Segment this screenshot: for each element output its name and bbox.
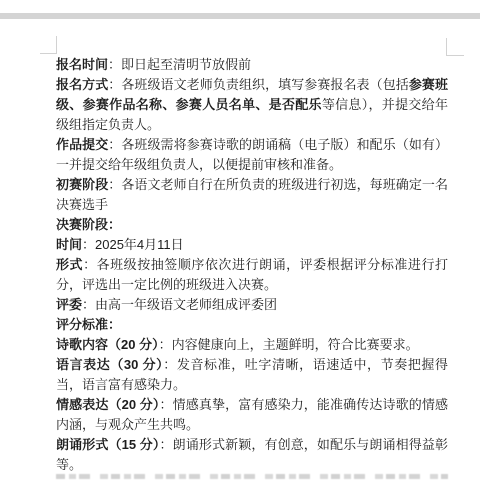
bold-run: 报名时间 <box>56 57 108 72</box>
paragraph: 形式：各班级按抽签顺序依次进行朗诵，评委根据评分标准进行打分，评选出一定比例的班… <box>56 255 448 295</box>
text-run: ：即日起至清明节放假前 <box>108 57 251 72</box>
margin-crop-mark-top-left <box>40 36 57 54</box>
text-run: ：各班级语文老师负责组织，填写参赛报名表（包括 <box>108 77 409 92</box>
bold-run: 报名方式 <box>56 77 108 92</box>
paragraph: 作品提交：各班级需将参赛诗歌的朗诵稿（电子版）和配乐（如有）一并提交给年级组负责… <box>56 135 448 175</box>
paragraph: 情感表达（20 分）：情感真挚，富有感染力，能准确传达诗歌的情感内涵，与观众产生… <box>56 395 448 435</box>
text-run: ：各语文老师自行在所负责的班级进行初选，每班确定一名决赛选手 <box>56 177 448 212</box>
page-separator-bar <box>0 13 480 19</box>
bold-run: 形式 <box>56 257 83 272</box>
bold-run: 语言表达（30 分） <box>56 357 163 372</box>
text-run: ：各班级需将参赛诗歌的朗诵稿（电子版）和配乐（如有）一并提交给年级组负责人，以便… <box>56 137 448 172</box>
bold-run: 时间 <box>56 237 82 252</box>
bold-run: 朗诵形式（15 分） <box>56 437 160 452</box>
paragraph: 诗歌内容（20 分）：内容健康向上，主题鲜明，符合比赛要求。 <box>56 335 448 355</box>
bold-run: 情感表达（20 分） <box>56 397 160 412</box>
text-run: ：内容健康向上，主题鲜明，符合比赛要求。 <box>159 337 419 352</box>
text-run: ：各班级按抽签顺序依次进行朗诵，评委根据评分标准进行打分，评选出一定比例的班级进… <box>56 257 448 292</box>
paragraph: 朗诵形式（15 分）：朗诵形式新颖，有创意，如配乐与朗诵相得益彰等。 <box>56 435 448 475</box>
bold-run: 诗歌内容（20 分） <box>56 337 159 352</box>
bold-run: 初赛阶段 <box>56 177 108 192</box>
cropped-text-line <box>56 474 448 479</box>
paragraph: 报名时间：即日起至清明节放假前 <box>56 55 448 75</box>
margin-crop-mark-top-right <box>446 38 464 56</box>
text-run: ：由高一年级语文老师组成评委团 <box>82 297 277 312</box>
screenshot-root: 报名时间：即日起至清明节放假前报名方式：各班级语文老师负责组织，填写参赛报名表（… <box>0 0 480 480</box>
paragraph: 时间：2025年4月11日 <box>56 235 448 255</box>
paragraph: 评委：由高一年级语文老师组成评委团 <box>56 295 448 315</box>
paragraph: 初赛阶段：各语文老师自行在所负责的班级进行初选，每班确定一名决赛选手 <box>56 175 448 215</box>
bold-run: 评委 <box>56 297 82 312</box>
bold-run: 评分标准： <box>56 317 121 332</box>
bold-run: 决赛阶段： <box>56 217 121 232</box>
document-body[interactable]: 报名时间：即日起至清明节放假前报名方式：各班级语文老师负责组织，填写参赛报名表（… <box>56 55 448 475</box>
paragraph: 决赛阶段： <box>56 215 448 235</box>
paragraph: 报名方式：各班级语文老师负责组织，填写参赛报名表（包括参赛班级、参赛作品名称、参… <box>56 75 448 135</box>
paragraph: 语言表达（30 分）：发音标准，吐字清晰，语速适中，节奏把握得当，语言富有感染力… <box>56 355 448 395</box>
bold-run: 作品提交 <box>56 137 108 152</box>
text-run: ：2025年4月11日 <box>82 237 184 252</box>
paragraph: 评分标准： <box>56 315 448 335</box>
